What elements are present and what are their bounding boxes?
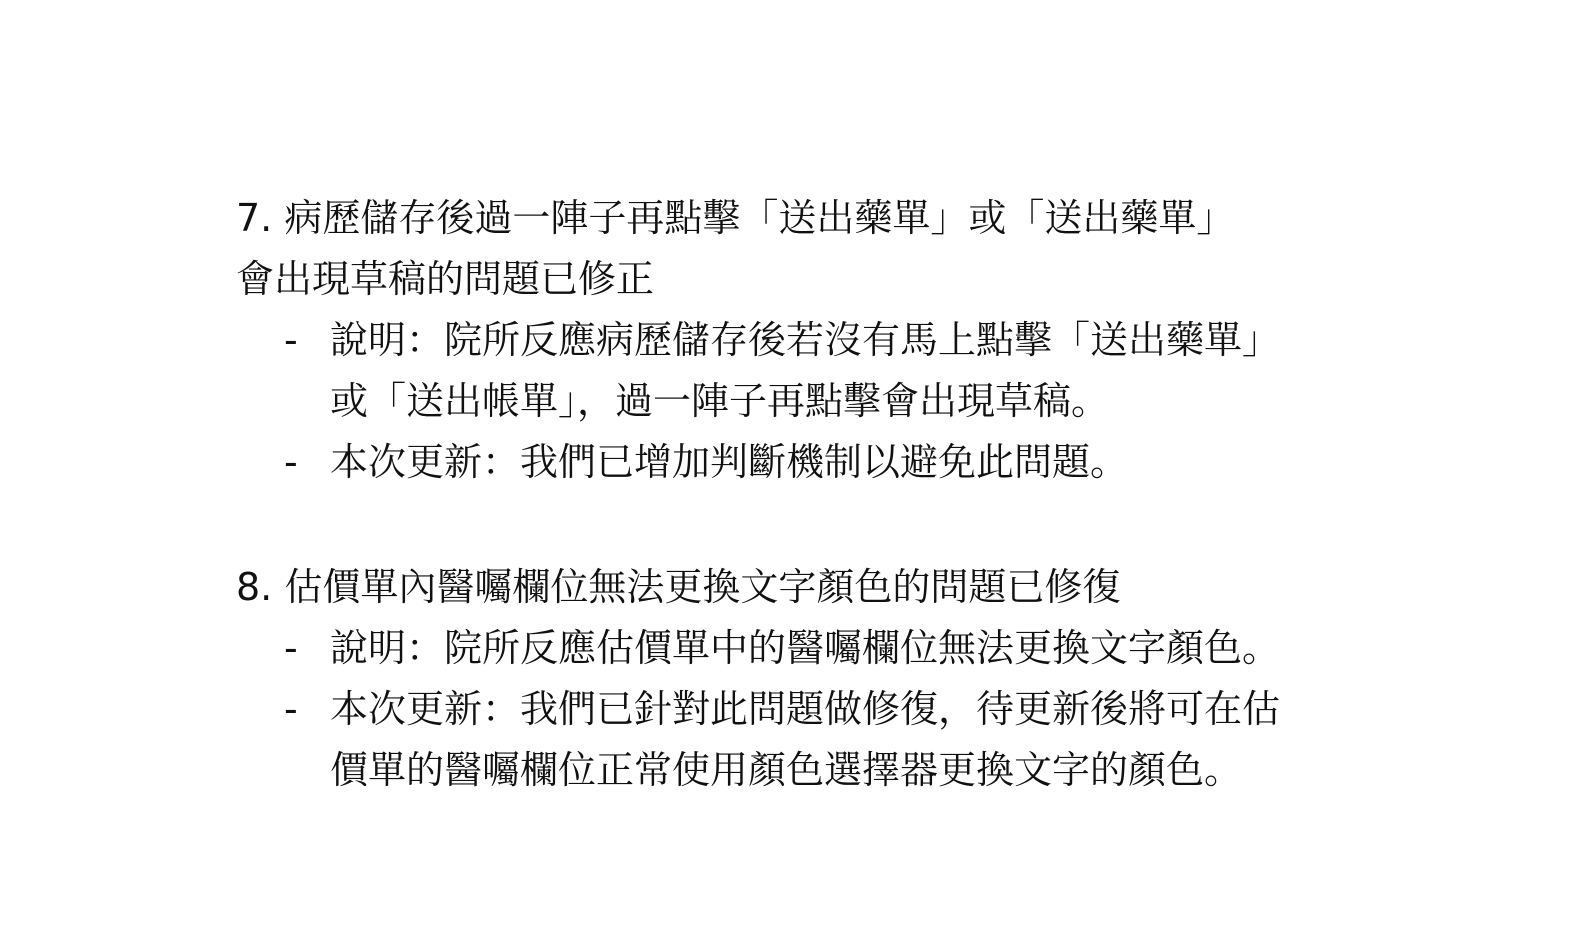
dash-marker: - (284, 618, 298, 679)
release-notes-document: 7. 病歷儲存後過一陣子再點擊「送出藥單」或「送出藥單」會出現草稿的問題已修正 … (236, 188, 1316, 801)
bullet-description: - 說明：院所反應估價單中的醫囑欄位無法更換文字顏色。 (236, 618, 1305, 679)
bullet-update: - 本次更新：我們已針對此問題做修復，待更新後將可在估價單的醫囑欄位正常使用顏色… (236, 679, 1305, 801)
item-title: 7. 病歷儲存後過一陣子再點擊「送出藥單」或「送出藥單」會出現草稿的問題已修正 (236, 188, 1266, 310)
bullet-list: - 說明：院所反應病歷儲存後若沒有馬上點擊「送出藥單」或「送出帳單」，過一陣子再… (236, 310, 1316, 493)
bullet-text: 說明：院所反應病歷儲存後若沒有馬上點擊「送出藥單」或「送出帳單」，過一陣子再點擊… (330, 318, 1280, 423)
bullet-description: - 說明：院所反應病歷儲存後若沒有馬上點擊「送出藥單」或「送出帳單」，過一陣子再… (236, 310, 1305, 432)
dash-marker: - (284, 679, 298, 740)
bullet-text: 說明：院所反應估價單中的醫囑欄位無法更換文字顏色。 (330, 626, 1280, 670)
section-spacer (236, 493, 1316, 557)
bullet-text: 本次更新：我們已增加判斷機制以避免此問題。 (330, 440, 1128, 484)
bullet-update: - 本次更新：我們已增加判斷機制以避免此問題。 (236, 432, 1305, 493)
dash-marker: - (284, 432, 298, 493)
bullet-text: 本次更新：我們已針對此問題做修復，待更新後將可在估價單的醫囑欄位正常使用顏色選擇… (330, 687, 1280, 792)
release-note-item-8: 8. 估價單內醫囑欄位無法更換文字顏色的問題已修復 - 說明：院所反應估價單中的… (236, 557, 1316, 801)
dash-marker: - (284, 310, 298, 371)
bullet-list: - 說明：院所反應估價單中的醫囑欄位無法更換文字顏色。 - 本次更新：我們已針對… (236, 618, 1316, 801)
item-title: 8. 估價單內醫囑欄位無法更換文字顏色的問題已修復 (236, 557, 1266, 618)
release-note-item-7: 7. 病歷儲存後過一陣子再點擊「送出藥單」或「送出藥單」會出現草稿的問題已修正 … (236, 188, 1316, 493)
